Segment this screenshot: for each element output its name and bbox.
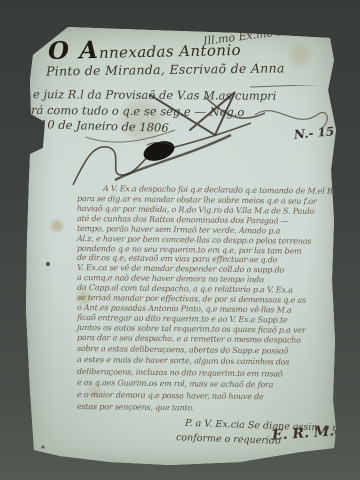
body-line: para dar a seu despacho, e a remetter o … bbox=[77, 334, 301, 345]
body-line: e o maior demora q.e possa haver, naõ ho… bbox=[77, 391, 264, 401]
docket-line-1-text: nnexadas Antonio bbox=[99, 41, 241, 62]
body-line: deliberaçoens, incluzas no dito requerim… bbox=[77, 368, 283, 379]
photo-backdrop: Ill.mo Ex.mo Snr. O Annexadas Antonio Pi… bbox=[0, 0, 360, 480]
document-number: N.- 15 bbox=[294, 125, 335, 140]
body-line: estas por sençoens, que tanto. bbox=[77, 403, 194, 412]
body-line: sobre a estas deliberaçoens, abertas do … bbox=[77, 345, 288, 356]
docket-line-1: O Annexadas Antonio bbox=[48, 35, 241, 63]
body-line: a estes e mais de haver sorte, algum dos… bbox=[77, 356, 289, 367]
docket-initials: O A bbox=[48, 35, 99, 65]
closing-line-2: conforme o requerido bbox=[176, 433, 281, 446]
date-line: 10 de Janeiro de 1806 bbox=[40, 119, 169, 134]
docket-line-3: e juiz R.l da Provisaõ de V.as M.as cump… bbox=[33, 89, 276, 102]
docket-line-4: rá como tudo o q.e se seg.e — Neg.o bbox=[31, 105, 245, 119]
manuscript-paper: Ill.mo Ex.mo Snr. O Annexadas Antonio Pi… bbox=[22, 24, 340, 469]
body-line: e os q.aes Guarim.os em rol, mais se ach… bbox=[77, 379, 273, 389]
docket-line-2: Pinto de Miranda, Escrivaõ de Anna bbox=[46, 62, 285, 78]
signature-initials: E. R. M.ce bbox=[272, 423, 352, 443]
